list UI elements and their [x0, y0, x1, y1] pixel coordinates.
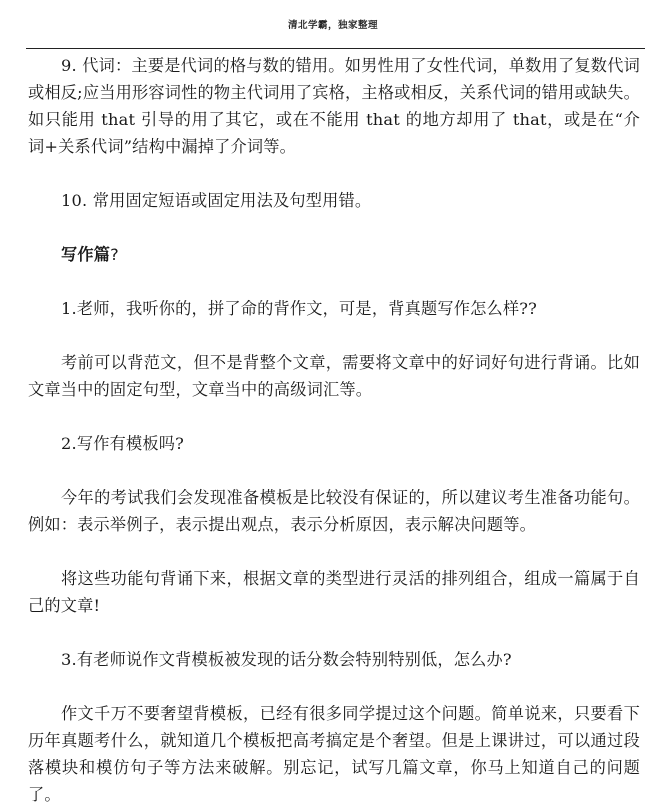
question-3: 3.有老师说作文背模板被发现的话分数会特别特别低，怎么办?: [28, 646, 640, 673]
spacer: [28, 160, 640, 187]
section-heading-suffix: ?: [110, 245, 119, 264]
section-heading-label: 写作篇: [61, 245, 110, 264]
answer-2a: 今年的考试我们会发现准备模板是比较没有保证的，所以建议考生准备功能句。例如：表示…: [28, 484, 640, 538]
page-header: 清北学霸，独家整理: [0, 17, 666, 31]
spacer: [28, 538, 640, 565]
spacer: [28, 268, 640, 295]
answer-2b: 将这些功能句背诵下来，根据文章的类型进行灵活的排列组合，组成一篇属于自己的文章!: [28, 565, 640, 619]
header-divider: [26, 48, 645, 49]
spacer: [28, 214, 640, 241]
section-heading-writing: 写作篇?: [28, 241, 640, 268]
answer-1: 考前可以背范文，但不是背整个文章，需要将文章中的好词好句进行背诵。比如文章当中的…: [28, 349, 640, 403]
spacer: [28, 322, 640, 349]
document-body: 9. 代词：主要是代词的格与数的错用。如男性用了女性代词，单数用了复数代词或相反…: [28, 52, 640, 808]
question-2: 2.写作有模板吗?: [28, 430, 640, 457]
spacer: [28, 403, 640, 430]
spacer: [28, 619, 640, 646]
question-1: 1.老师，我听你的，拼了命的背作文，可是，背真题写作怎么样??: [28, 295, 640, 322]
spacer: [28, 457, 640, 484]
answer-3: 作文千万不要奢望背模板，已经有很多同学提过这个问题。简单说来，只要看下历年真题考…: [28, 700, 640, 808]
paragraph-pronoun-errors: 9. 代词：主要是代词的格与数的错用。如男性用了女性代词，单数用了复数代词或相反…: [28, 52, 640, 160]
paragraph-fixed-phrases: 10. 常用固定短语或固定用法及句型用错。: [28, 187, 640, 214]
spacer: [28, 673, 640, 700]
